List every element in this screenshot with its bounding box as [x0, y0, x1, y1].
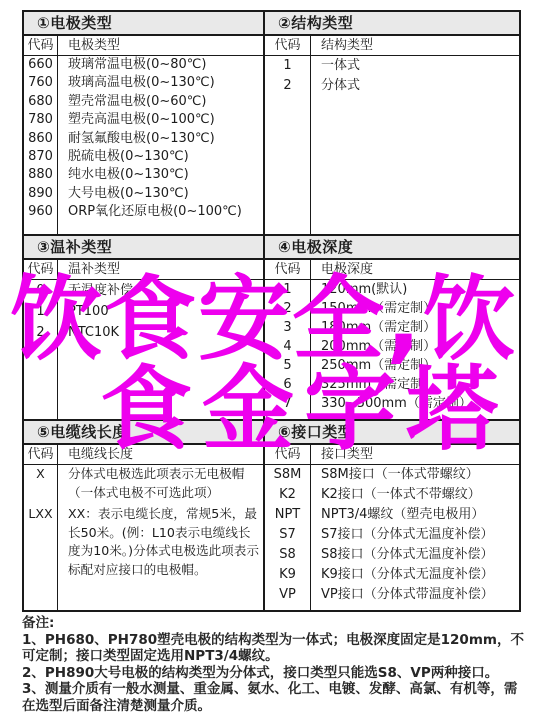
table-row: K9K9接口（分体式无温度补偿）	[265, 565, 519, 585]
desc-cell: S8接口（分体式无温度补偿）	[310, 545, 519, 565]
code-cell: 780	[24, 111, 57, 129]
desc-cell: XX：表示电缆长度，常规5米，最长50米。(例：L10表示电缆线长度为10米。)…	[57, 505, 263, 579]
notes-block: 备注: 1、PH680、PH780塑壳电极的结构类型为一体式；电极深度固定是12…	[22, 615, 530, 714]
code-cell: 890	[24, 185, 57, 203]
code-cell: S8M	[265, 465, 310, 485]
table-row: 760玻璃高温电极(0~130℃)	[24, 74, 263, 92]
desc-cell: 脱硫电极(0~130℃)	[57, 148, 263, 166]
column-divider	[57, 445, 58, 610]
note-item-1: 1、PH680、PH780塑壳电极的结构类型为一体式；电极深度固定是120mm，…	[22, 632, 530, 665]
table-row: VPVP接口（分体式带温度补偿）	[265, 585, 519, 605]
section-electrode-type: ①电极类型 代码 电极类型 660玻璃常温电极(0~80℃) 760玻璃高温电极…	[24, 12, 265, 236]
code-cell: 880	[24, 166, 57, 184]
watermark-line-2: 食金字塔	[100, 364, 508, 456]
code-cell: 860	[24, 130, 57, 148]
table-row: 870脱硫电极(0~130℃)	[24, 148, 263, 166]
code-cell: 1	[265, 56, 310, 76]
code-cell: K9	[265, 565, 310, 585]
table-row: NPTNPT3/4螺纹（塑壳电极用）	[265, 505, 519, 525]
desc-cell: 一体式	[310, 56, 519, 76]
table-row: 890大号电极(0~130℃)	[24, 185, 263, 203]
column-divider	[57, 36, 58, 234]
code-header: 代码	[24, 36, 57, 55]
spec-sheet-page: ①电极类型 代码 电极类型 660玻璃常温电极(0~80℃) 760玻璃高温电极…	[0, 0, 552, 719]
desc-cell: 玻璃高温电极(0~130℃)	[57, 74, 263, 92]
table-row: 780塑壳高温电极(0~100℃)	[24, 111, 263, 129]
desc-cell: 耐氢氟酸电极(0~130℃)	[57, 130, 263, 148]
desc-cell: VP接口（分体式带温度补偿）	[310, 585, 519, 605]
note-item-3: 3、测量介质有一般水测量、重金属、氨水、化工、电镀、发酵、高氯、有机等，需在选型…	[22, 681, 530, 714]
table-row: 1一体式	[265, 56, 519, 76]
section-title: ③温补类型	[24, 236, 263, 260]
desc-cell: 分体式	[310, 76, 519, 96]
section-title: ②结构类型	[265, 12, 519, 36]
table-row: K2K2接口（一体式不带螺纹）	[265, 485, 519, 505]
code-cell: VP	[265, 585, 310, 605]
table-row: LXXXX：表示电缆长度，常规5米，最长50米。(例：L10表示电缆线长度为10…	[24, 505, 263, 579]
table-row: 660玻璃常温电极(0~80℃)	[24, 56, 263, 74]
code-cell: 680	[24, 93, 57, 111]
section-title: ①电极类型	[24, 12, 263, 36]
desc-cell: 玻璃常温电极(0~80℃)	[57, 56, 263, 74]
code-cell: S8	[265, 545, 310, 565]
table-row: S7S7接口（分体式无温度补偿）	[265, 525, 519, 545]
code-cell: 870	[24, 148, 57, 166]
section-title: ④电极深度	[265, 236, 519, 260]
column-header-row: 代码 电极类型	[24, 36, 263, 56]
code-cell: 2	[265, 76, 310, 96]
desc-cell: 纯水电极(0~130℃)	[57, 166, 263, 184]
code-cell: K2	[265, 485, 310, 505]
type-header: 电极类型	[57, 36, 263, 55]
code-header: 代码	[24, 445, 57, 464]
desc-cell: K9接口（分体式无温度补偿）	[310, 565, 519, 585]
desc-cell: 分体式电极选此项表示无电极帽（一体式电极不可选此项）	[57, 465, 263, 502]
code-cell: S7	[265, 525, 310, 545]
table-row: X分体式电极选此项表示无电极帽（一体式电极不可选此项）	[24, 465, 263, 502]
table-row: 960ORP氧化还原电极(0~100℃)	[24, 203, 263, 221]
column-divider	[310, 36, 311, 234]
desc-cell: S7接口（分体式无温度补偿）	[310, 525, 519, 545]
watermark-line-1: 饮食安全,饮	[10, 274, 517, 366]
section-body: 代码 电缆线长度 X分体式电极选此项表示无电极帽（一体式电极不可选此项） LXX…	[24, 445, 263, 610]
desc-cell: 塑壳高温电极(0~100℃)	[57, 111, 263, 129]
desc-cell: K2接口（一体式不带螺纹）	[310, 485, 519, 505]
note-item-2: 2、PH890大号电极的结构类型为分体式，接口类型只能选S8、VP两种接口。	[22, 665, 530, 682]
table-row: S8MS8M接口（一体式带螺纹）	[265, 465, 519, 485]
desc-cell: ORP氧化还原电极(0~100℃)	[57, 203, 263, 221]
section-body: 代码 接口类型 S8MS8M接口（一体式带螺纹） K2K2接口（一体式不带螺纹）…	[265, 445, 519, 610]
code-cell: 760	[24, 74, 57, 92]
column-divider	[310, 445, 311, 610]
code-cell: 660	[24, 56, 57, 74]
desc-cell: 塑壳常温电极(0~60℃)	[57, 93, 263, 111]
section-body: 代码 电极类型 660玻璃常温电极(0~80℃) 760玻璃高温电极(0~130…	[24, 36, 263, 234]
notes-title: 备注:	[22, 615, 530, 632]
type-header: 结构类型	[310, 36, 519, 55]
code-cell: LXX	[24, 505, 57, 524]
desc-cell: S8M接口（一体式带螺纹）	[310, 465, 519, 485]
section-structure-type: ②结构类型 代码 结构类型 1一体式 2分体式	[265, 12, 519, 236]
section-body: 代码 结构类型 1一体式 2分体式	[265, 36, 519, 234]
column-header-row: 代码 结构类型	[265, 36, 519, 56]
table-row: S8S8接口（分体式无温度补偿）	[265, 545, 519, 565]
code-cell: NPT	[265, 505, 310, 525]
code-cell: 960	[24, 203, 57, 221]
table-row: 860耐氢氟酸电极(0~130℃)	[24, 130, 263, 148]
code-cell: X	[24, 465, 57, 484]
code-header: 代码	[265, 36, 310, 55]
desc-cell: NPT3/4螺纹（塑壳电极用）	[310, 505, 519, 525]
desc-cell: 大号电极(0~130℃)	[57, 185, 263, 203]
table-row: 880纯水电极(0~130℃)	[24, 166, 263, 184]
table-row: 2分体式	[265, 76, 519, 96]
table-row: 680塑壳常温电极(0~60℃)	[24, 93, 263, 111]
